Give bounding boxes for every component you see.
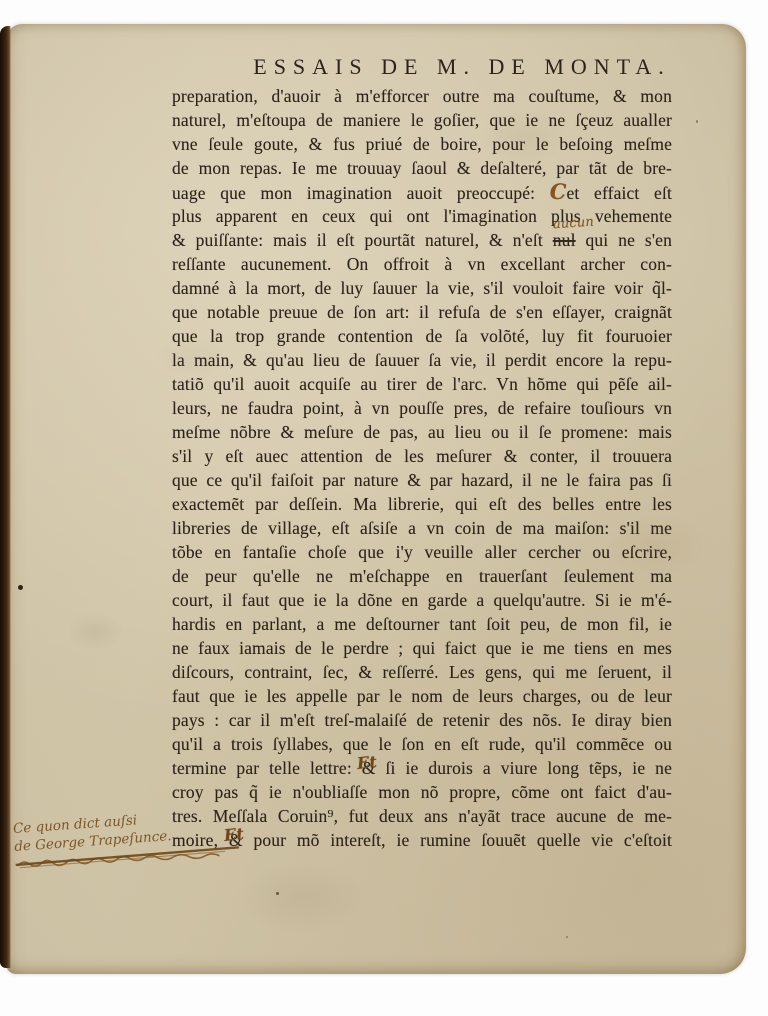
text-line: pays : car il m'eſt treſ-malaiſé de rete… (172, 708, 672, 732)
text-line: de peur qu'elle ne m'eſchappe en trauerſ… (172, 564, 672, 588)
printed-text: termine par telle lettre: (172, 758, 362, 778)
paper-speck (276, 892, 279, 895)
text-line: leurs, ne faudra point, à vn pouſſe pres… (172, 396, 672, 420)
handwritten-et: Et (356, 750, 378, 776)
paper-speck (18, 585, 23, 590)
running-header: ESSAIS DE M. DE MONTA. (252, 54, 672, 80)
page-sheet: ESSAIS DE M. DE MONTA. preparation, d'au… (6, 24, 746, 974)
text-line: tatiõ qu'il auoit acquiſe au tirer de l'… (172, 372, 672, 396)
text-line: reſſante aucunement. On offroit à vn exc… (172, 252, 672, 276)
text-line: naturel, m'eſtoupa de maniere le goſier,… (172, 108, 672, 132)
printed-text: ſi ie durois a viure long tẽps, ie ne (376, 758, 672, 778)
text-line: que ce qu'il faiſoit par nature & par ha… (172, 468, 672, 492)
text-line: court, il faut que ie la dõne en garde a… (172, 588, 672, 612)
handwritten-margin-note: Ce quon dict auſsi de George Trapeſunce. (12, 804, 245, 873)
text-line-with-correction: termine par telle lettre: &Et ſi ie duro… (172, 756, 672, 780)
text-line: exactemẽt par deſſein. Ma librerie, qui … (172, 492, 672, 516)
binding-gutter-shadow (0, 26, 11, 968)
text-line: faut que ie les appelle par le nom de le… (172, 684, 672, 708)
strikethrough-word-nul: nul (553, 230, 576, 250)
text-line: libreries de village, eſt aſsiſe a vn co… (172, 516, 672, 540)
paper-speck (696, 120, 698, 123)
printed-text: uage que mon imagination auoit preoccupé… (172, 183, 550, 203)
text-line: plus apparent en ceux qui ont l'imaginat… (172, 204, 672, 228)
text-line: preparation, d'auoir à m'efforcer outre … (172, 84, 672, 108)
corrected-word: nulaucun (553, 230, 576, 250)
text-line: damné à la mort, de luy ſauuer la vie, s… (172, 276, 672, 300)
text-line: hardis en parlant, a me deſtourner tant … (172, 612, 672, 636)
corrected-ampersand: &Et (362, 758, 376, 778)
text-line-with-correction: moire, &Et pour mõ intereſt, ie rumine ſ… (172, 828, 672, 852)
printed-text: pour mõ intereſt, ie rumine ſouuẽt quell… (243, 830, 672, 850)
handwritten-capital-c: C (550, 179, 567, 204)
text-line: ne faux iamais de le perdre ; qui faict … (172, 636, 672, 660)
text-line: s'il y eſt auec attention de les meſurer… (172, 444, 672, 468)
text-line: vne ſeule goute, & fus priué de boire, p… (172, 132, 672, 156)
text-line: diſcours, contraint, ſec, & reſſerré. Le… (172, 660, 672, 684)
text-line: que notable preuue de ſon art: il refuſa… (172, 300, 672, 324)
handwritten-aucun: aucun (552, 216, 594, 232)
book-page-photo: ESSAIS DE M. DE MONTA. preparation, d'au… (0, 0, 768, 1016)
text-line-with-correction: & puiſſante: mais il eſt pourtãt naturel… (172, 228, 672, 252)
text-line: de mon repas. Ie me trouuay ſaoul & deſa… (172, 156, 672, 180)
text-line: qu'il a trois ſyllabes, que le ſon en eſ… (172, 732, 672, 756)
text-line: croy pas q̃ ie n'oubliaſſe mon nõ propre… (172, 780, 672, 804)
text-line: tõbe en fantaſie choſe que i'y veuille a… (172, 540, 672, 564)
text-line-with-correction: uage que mon imagination auoit preoccupé… (172, 180, 672, 204)
printed-text: et effaict eſt (567, 183, 673, 203)
body-text-block: preparation, d'auoir à m'efforcer outre … (172, 84, 672, 852)
text-line: que la trop grande contention de ſa volõ… (172, 324, 672, 348)
paper-speck (566, 936, 568, 938)
text-line: la main, & qu'au lieu de ſauuer ſa vie, … (172, 348, 672, 372)
text-line: tres. Meſſala Coruin⁹, fut deux ans n'ay… (172, 804, 672, 828)
printed-text: qui ne s'en (576, 230, 672, 250)
text-line: meſme nõbre & meſure de pas, au lieu ou … (172, 420, 672, 444)
printed-text: & puiſſante: mais il eſt pourtãt naturel… (172, 230, 553, 250)
